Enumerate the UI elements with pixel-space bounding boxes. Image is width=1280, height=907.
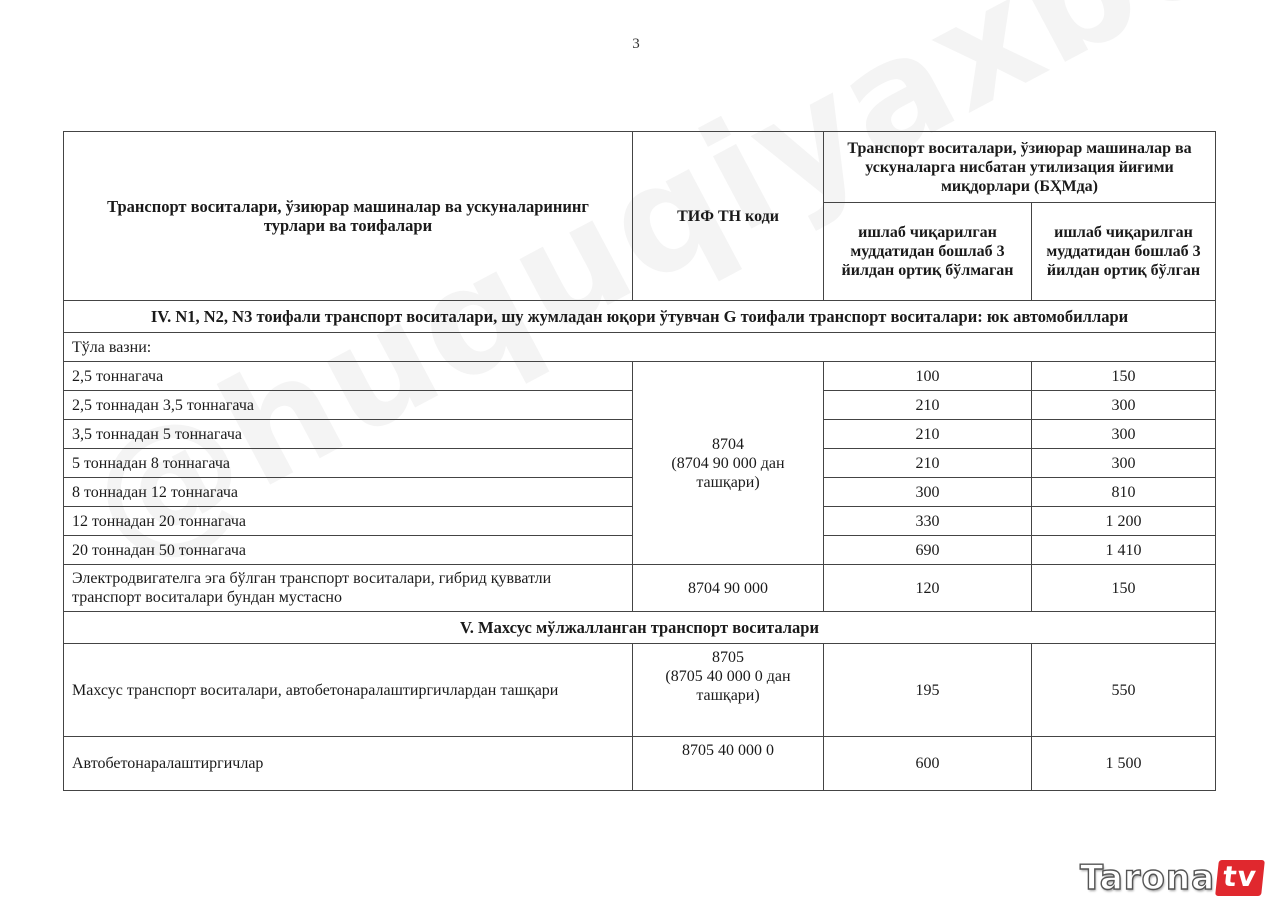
logo-word: Tarona	[1080, 858, 1215, 898]
row-label: 2,5 тоннагача	[64, 362, 633, 391]
table-row: Электродвигателга эга бўлган транспорт в…	[64, 565, 1216, 612]
header-types: Транспорт воситалари, ўзиюрар машиналар …	[64, 132, 633, 301]
weight-rows: 2,5 тоннагача8704 (8704 90 000 дан ташқа…	[64, 362, 1216, 565]
row-fee-under3: 195	[824, 644, 1032, 737]
header-fee-over3: ишлаб чиқарилган муддатидан бошлаб 3 йил…	[1032, 203, 1216, 301]
row-fee-over3: 810	[1032, 478, 1216, 507]
row-fee-under3: 210	[824, 420, 1032, 449]
row-fee-over3: 1 500	[1032, 737, 1216, 791]
row-fee-over3: 300	[1032, 449, 1216, 478]
section-iv-title: IV. N1, N2, N3 тоифали транспорт воситал…	[64, 301, 1216, 333]
row-code: 8704 90 000	[633, 565, 824, 612]
row-fee-over3: 1 200	[1032, 507, 1216, 536]
tarona-tv-logo: Tarona tv	[1080, 858, 1263, 898]
table-row: 2,5 тоннагача8704 (8704 90 000 дан ташқа…	[64, 362, 1216, 391]
header-fee-group: Транспорт воситалари, ўзиюрар машиналар …	[824, 132, 1216, 203]
group-code: 8704 (8704 90 000 дан ташқари)	[633, 362, 824, 565]
row-label: 3,5 тоннадан 5 тоннагача	[64, 420, 633, 449]
row-code: 8705 40 000 0	[633, 737, 824, 791]
row-fee-over3: 1 410	[1032, 536, 1216, 565]
section-iv-subheading: Тўла вазни:	[64, 333, 1216, 362]
row-fee-over3: 550	[1032, 644, 1216, 737]
header-code: ТИФ ТН коди	[633, 132, 824, 301]
row-fee-under3: 600	[824, 737, 1032, 791]
row-fee-under3: 100	[824, 362, 1032, 391]
row-label: Автобетонаралаштиргичлар	[64, 737, 633, 791]
row-label: 2,5 тоннадан 3,5 тоннагача	[64, 391, 633, 420]
row-fee-under3: 300	[824, 478, 1032, 507]
row-fee-under3: 690	[824, 536, 1032, 565]
row-label: 5 тоннадан 8 тоннагача	[64, 449, 633, 478]
row-fee-under3: 210	[824, 391, 1032, 420]
row-fee-over3: 300	[1032, 391, 1216, 420]
row-label: Электродвигателга эга бўлган транспорт в…	[64, 565, 633, 612]
row-label: 12 тоннадан 20 тоннагача	[64, 507, 633, 536]
row-fee-under3: 120	[824, 565, 1032, 612]
section-v-title: V. Махсус мўлжалланган транспорт воситал…	[64, 612, 1216, 644]
row-label: 8 тоннадан 12 тоннагача	[64, 478, 633, 507]
row-fee-under3: 330	[824, 507, 1032, 536]
header-fee-under3: ишлаб чиқарилган муддатидан бошлаб 3 йил…	[824, 203, 1032, 301]
row-fee-over3: 150	[1032, 362, 1216, 391]
row-label: Махсус транспорт воситалари, автобетонар…	[64, 644, 633, 737]
row-label: 20 тоннадан 50 тоннагача	[64, 536, 633, 565]
utilization-fee-table: Транспорт воситалари, ўзиюрар машиналар …	[63, 131, 1216, 791]
row-code: 8705 (8705 40 000 0 дан ташқари)	[633, 644, 824, 737]
page-number: 3	[0, 36, 1272, 53]
table-row: Махсус транспорт воситалари, автобетонар…	[64, 644, 1216, 737]
logo-tv-badge: tv	[1215, 860, 1264, 896]
row-fee-over3: 300	[1032, 420, 1216, 449]
row-fee-under3: 210	[824, 449, 1032, 478]
row-fee-over3: 150	[1032, 565, 1216, 612]
table-row: Автобетонаралаштиргичлар 8705 40 000 0 6…	[64, 737, 1216, 791]
